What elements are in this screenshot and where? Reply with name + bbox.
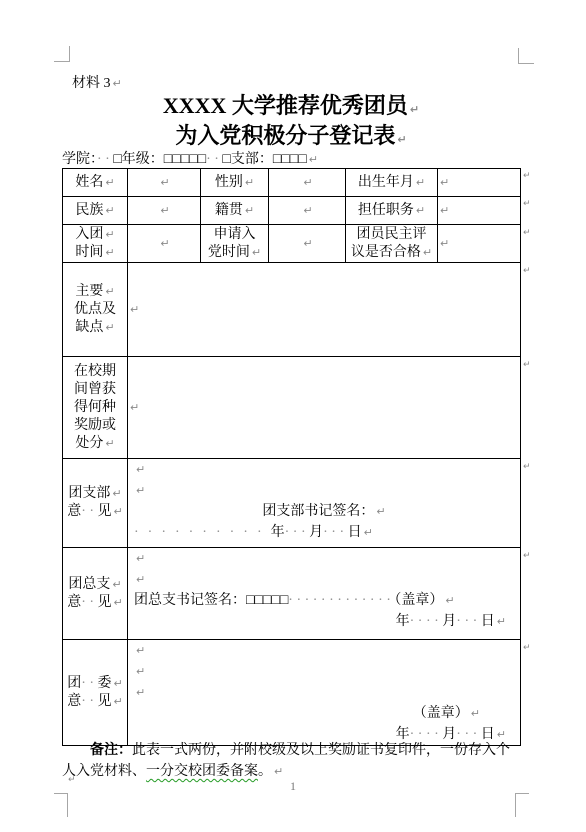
grammar-check-underlined-text: 一分交校团委备案 xyxy=(146,764,258,779)
paragraph-mark-icon: ↵ xyxy=(136,573,145,586)
paragraph-mark-icon: ↵ xyxy=(440,237,449,250)
branch-opinion-cell[interactable]: ↵ ↵ 团支部书记签名：↵ ··········年···月···日↵ xyxy=(128,459,521,548)
row-end-mark-icon: ↵ xyxy=(523,228,531,238)
paragraph-mark-icon: ↵ xyxy=(114,596,123,609)
material-label: 材料 3↵ xyxy=(72,72,122,92)
paragraph-mark-icon: ↵ xyxy=(252,246,261,259)
paragraph-mark-icon: ↵ xyxy=(105,321,114,334)
row-end-mark-icon: ↵ xyxy=(523,199,531,209)
committee-opinion-cell[interactable]: ↵ ↵ ↵ （盖章）↵ 年····月···日↵ xyxy=(128,640,521,746)
gender-label: 性别↵ xyxy=(201,169,269,197)
paragraph-mark-icon: ↵ xyxy=(309,153,318,166)
awards-value-cell[interactable]: ↵ xyxy=(128,357,521,459)
paragraph-mark-icon: ↵ xyxy=(497,615,506,628)
branch-opinion-label: 团支部↵ 意··见↵ xyxy=(63,459,128,548)
space-marks: ············· xyxy=(288,593,394,608)
apply-party-time-label: 申请入 党时间↵ xyxy=(201,225,269,263)
paragraph-mark-icon: ↵ xyxy=(136,665,145,678)
awards-label: 在校期 间曾获 得何种 奖励或 处分↵ xyxy=(63,357,128,459)
row-committee-opinion: 团··委↵ 意··见↵ ↵ ↵ ↵ （盖章）↵ 年····月···日↵ xyxy=(63,640,521,746)
row-end-mark-icon: ↵ xyxy=(523,643,531,653)
paragraph-mark-icon: ↵ xyxy=(160,237,169,250)
paragraph-mark-icon: ↵ xyxy=(136,484,145,497)
space-marks: ··· xyxy=(323,525,348,540)
paragraph-mark-icon: ↵ xyxy=(245,204,254,217)
margin-corner-mark-bottom-right xyxy=(515,793,529,817)
paragraph-mark-icon: ↵ xyxy=(445,594,454,607)
paragraph-mark-icon: ↵ xyxy=(114,677,123,690)
democratic-eval-label: 团员民主评 议是否合格↵ xyxy=(346,225,438,263)
note-section: 备注：此表一式两份，并附校级及以上奖励证书复印件，一份存入个 人入党材料、一分交… xyxy=(62,740,532,782)
paragraph-mark-icon: ↵ xyxy=(303,204,312,217)
space-marks: ·· xyxy=(81,504,97,519)
seal-label: （盖章） xyxy=(394,593,443,608)
native-place-value-cell[interactable]: ↵ xyxy=(269,197,346,225)
general-branch-opinion-cell[interactable]: ↵ ↵ 团总支书记签名：□□□□□·············（盖章）↵ 年···… xyxy=(128,548,521,640)
row-branch-opinion: 团支部↵ 意··见↵ ↵ ↵ 团支部书记签名：↵ ··········年···月… xyxy=(63,459,521,548)
paragraph-mark-icon: ↵ xyxy=(105,437,114,450)
row-end-mark-icon: ↵ xyxy=(523,551,531,561)
margin-corner-mark-top-left xyxy=(54,46,70,62)
row-ethnic-origin-duty: 民族↵ ↵ 籍贯↵ ↵ 担任职务↵ ↵ xyxy=(63,197,521,225)
merits-value-cell[interactable]: ↵ xyxy=(128,263,521,357)
college-label: 学院： xyxy=(62,152,97,167)
paragraph-mark-icon: ↵ xyxy=(303,176,312,189)
ethnic-label: 民族↵ xyxy=(63,197,128,225)
space-marks: ···· xyxy=(410,614,443,629)
ethnic-value-cell[interactable]: ↵ xyxy=(128,197,201,225)
space-marks: ··· xyxy=(456,614,481,629)
margin-corner-mark-top-right xyxy=(518,48,534,64)
duty-value-cell[interactable]: ↵ xyxy=(438,197,521,225)
paragraph-mark-icon: ↵ xyxy=(114,695,123,708)
paragraph-mark-icon: ↵ xyxy=(471,707,480,720)
space-marks: ·· xyxy=(81,595,97,610)
paragraph-mark-icon: ↵ xyxy=(130,303,139,316)
paragraph-mark-icon: ↵ xyxy=(423,246,432,259)
gender-value-cell[interactable]: ↵ xyxy=(269,169,346,197)
general-branch-secretary-sign-line: 团总支书记签名：□□□□□·············（盖章）↵ xyxy=(128,590,520,611)
paragraph-mark-icon: ↵ xyxy=(440,176,449,189)
branch-label: □支部：□□□□ xyxy=(222,152,306,167)
paragraph-mark-icon: ↵ xyxy=(160,204,169,217)
paragraph-mark-icon: ↵ xyxy=(440,204,449,217)
row-merits: 主要↵ 优点及 缺点↵ ↵ xyxy=(63,263,521,357)
paragraph-mark-icon: ↵ xyxy=(303,237,312,250)
form-title-line2-text: 为入党积极分子登记表 xyxy=(175,123,395,148)
seal-label: （盖章） xyxy=(413,706,469,721)
space-marks: ·· xyxy=(97,152,113,167)
committee-opinion-label: 团··委↵ 意··见↵ xyxy=(63,640,128,746)
democratic-eval-value-cell[interactable]: ↵ xyxy=(438,225,521,263)
row-awards: 在校期 间曾获 得何种 奖励或 处分↵ ↵ xyxy=(63,357,521,459)
paragraph-mark-icon: ↵ xyxy=(105,246,114,259)
row-name-gender-birth: 姓名↵ ↵ 性别↵ ↵ 出生年月↵ ↵ xyxy=(63,169,521,197)
paragraph-mark-icon: ↵ xyxy=(136,552,145,565)
row-end-mark-icon: ↵ xyxy=(523,360,531,370)
paragraph-mark-icon: ↵ xyxy=(105,228,114,241)
paragraph-mark-icon: ↵ xyxy=(113,77,122,90)
paragraph-mark-icon: ↵ xyxy=(136,463,145,476)
name-value-cell[interactable]: ↵ xyxy=(128,169,201,197)
space-marks: ·········· xyxy=(134,525,271,540)
paragraph-mark-icon: ↵ xyxy=(112,487,121,500)
grade-label: □年级：□□□□□ xyxy=(113,152,206,167)
birth-date-value-cell[interactable]: ↵ xyxy=(438,169,521,197)
paragraph-mark-icon: ↵ xyxy=(416,204,425,217)
margin-corner-mark-bottom-left xyxy=(54,793,68,817)
paragraph-mark-icon: ↵ xyxy=(105,285,114,298)
row-end-mark-icon: ↵ xyxy=(523,462,531,472)
general-branch-date-line: 年····月···日↵ xyxy=(128,611,520,632)
committee-seal-line: （盖章）↵ xyxy=(128,703,520,724)
join-league-time-label: 入团↵ 时间↵ xyxy=(63,225,128,263)
paragraph-mark-icon: ↵ xyxy=(112,578,121,591)
space-marks: ··· xyxy=(285,525,310,540)
paragraph-mark-icon: ↵ xyxy=(416,176,425,189)
paragraph-mark-icon: ↵ xyxy=(160,176,169,189)
word-document-page: 材料 3↵ XXXX 大学推荐优秀团员↵ 为入党积极分子登记表↵ 学院：··□年… xyxy=(0,0,586,832)
form-title-line1: XXXX 大学推荐优秀团员↵ xyxy=(62,91,520,125)
paragraph-mark-icon: ↵ xyxy=(136,644,145,657)
space-marks: ·· xyxy=(81,676,97,691)
birth-date-label: 出生年月↵ xyxy=(346,169,438,197)
name-label: 姓名↵ xyxy=(63,169,128,197)
row-join-apply-eval: 入团↵ 时间↵ ↵ 申请入 党时间↵ ↵ 团员民主评 议是否合格↵ ↵ xyxy=(63,225,521,263)
row-end-mark-icon: ↵ xyxy=(523,266,531,276)
paragraph-mark-icon: ↵ xyxy=(397,133,406,146)
merits-label: 主要↵ 优点及 缺点↵ xyxy=(63,263,128,357)
general-branch-opinion-label: 团总支↵ 意··见↵ xyxy=(63,548,128,640)
college-grade-branch-line: 学院：··□年级：□□□□□··□支部：□□□□↵ xyxy=(62,148,318,168)
material-label-text: 材料 3 xyxy=(72,76,111,91)
space-marks: ·· xyxy=(81,694,97,709)
space-marks: ·· xyxy=(206,152,222,167)
paragraph-mark-icon: ↵ xyxy=(410,103,419,116)
apply-party-time-value-cell[interactable]: ↵ xyxy=(269,225,346,263)
row-general-branch-opinion: 团总支↵ 意··见↵ ↵ ↵ 团总支书记签名：□□□□□············… xyxy=(63,548,521,640)
paragraph-mark-icon: ↵ xyxy=(136,686,145,699)
note-label: 备注： xyxy=(90,743,132,758)
paragraph-mark-icon: ↵ xyxy=(364,526,373,539)
paragraph-mark-icon: ↵ xyxy=(114,505,123,518)
native-place-label: 籍贯↵ xyxy=(201,197,269,225)
paragraph-mark-icon: ↵ xyxy=(130,401,139,414)
form-title-line1-text: XXXX 大学推荐优秀团员 xyxy=(163,93,408,118)
duty-label: 担任职务↵ xyxy=(346,197,438,225)
paragraph-mark-icon: ↵ xyxy=(105,176,114,189)
paragraph-mark-icon: ↵ xyxy=(245,176,254,189)
paragraph-mark-icon: ↵ xyxy=(105,204,114,217)
branch-date-line: ··········年···月···日↵ xyxy=(128,522,520,543)
row-end-mark-icon: ↵ xyxy=(523,171,531,181)
join-league-time-value-cell[interactable]: ↵ xyxy=(128,225,201,263)
paragraph-mark-icon: ↵ xyxy=(274,765,283,778)
branch-secretary-sign-label: 团支部书记签名：↵ xyxy=(128,501,520,522)
page-number: 1 xyxy=(0,779,586,794)
paragraph-mark-icon: ↵ xyxy=(376,505,385,518)
note-line1: 备注：此表一式两份，并附校级及以上奖励证书复印件，一份存入个 xyxy=(62,740,532,761)
registration-form-table: 姓名↵ ↵ 性别↵ ↵ 出生年月↵ ↵ 民族↵ ↵ 籍贯↵ ↵ 担任职务↵ ↵ … xyxy=(62,168,521,746)
